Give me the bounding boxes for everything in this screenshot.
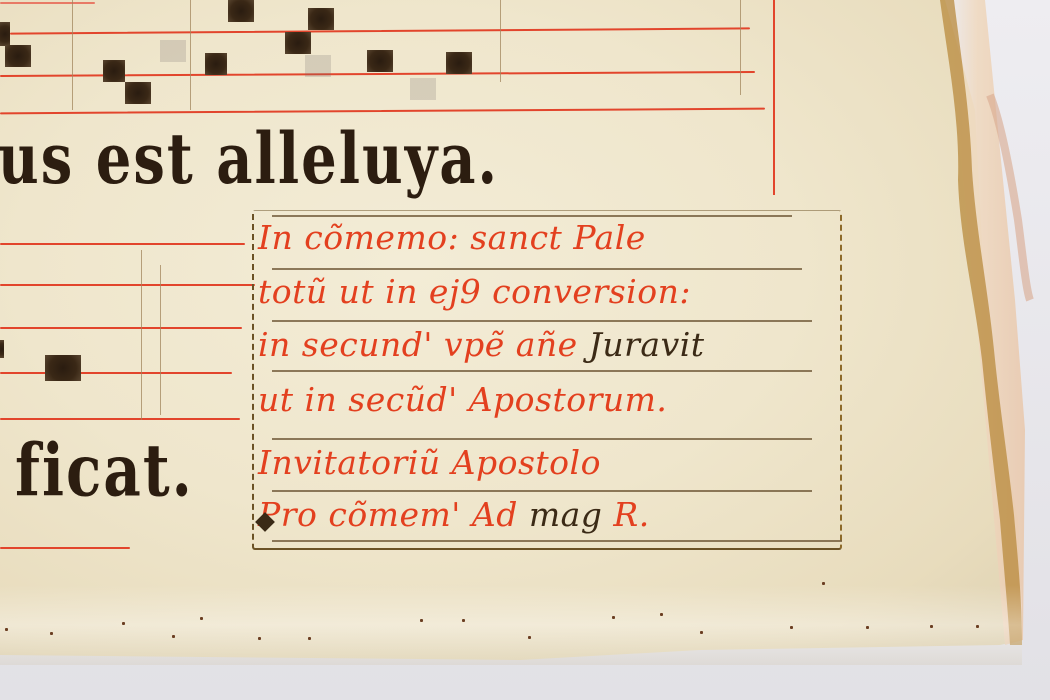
neume [205, 53, 227, 75]
neume [125, 82, 151, 104]
neume [367, 50, 393, 72]
neume [5, 45, 31, 67]
neume [446, 52, 472, 74]
neume [45, 355, 81, 381]
neume [228, 0, 254, 22]
staff-frame-rule [773, 0, 775, 195]
rubric-line-5: Invitatoriũ Apostolo [258, 443, 601, 482]
neume [0, 340, 4, 358]
rubric-line-4: ut in secũd' Apostorum. [258, 380, 667, 419]
neume [0, 22, 10, 46]
rubric-line-3: in secund' vpẽ añe Juravit [258, 325, 705, 364]
bottom-fold-sheen [0, 585, 1022, 665]
rubric-line-1: In cõmemo: sanct Pale [258, 218, 646, 257]
rubric-line-2: totũ ut in ej9 conversion: [258, 272, 691, 311]
rubric-panel: In cõmemo: sanct Pale totũ ut in ej9 con… [252, 210, 842, 550]
neume [285, 32, 311, 54]
rubric-line-6: Pro cõmem' Ad mag R. [258, 495, 650, 534]
chant-lyric-alleluya: us est alleluya. [0, 118, 499, 201]
chant-lyric-ficat: ficat. [15, 428, 194, 513]
neume [103, 60, 125, 82]
neume [308, 8, 334, 30]
